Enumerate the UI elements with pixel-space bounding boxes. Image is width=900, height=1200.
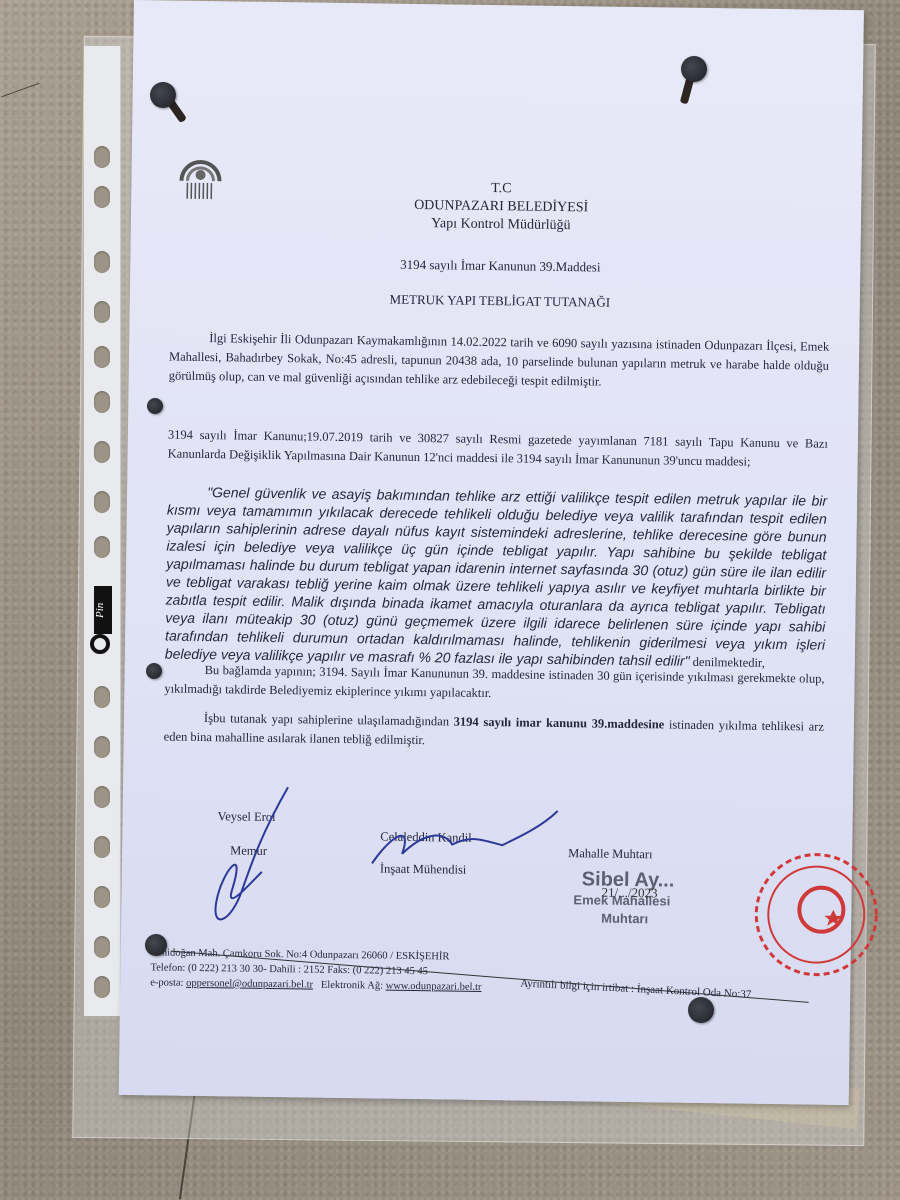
punch-hole <box>94 536 110 558</box>
paragraph-1: İlgi Eskişehir İli Odunpazarı Kaymakamlı… <box>169 329 830 395</box>
stamp-title: Muhtarı <box>601 911 648 927</box>
signature-2-scribble <box>362 803 563 876</box>
wall-crack <box>2 83 40 98</box>
nail-icon <box>145 934 167 956</box>
nail-icon <box>681 56 707 82</box>
brand-ring-icon <box>90 634 110 654</box>
punch-hole <box>94 391 110 413</box>
law-reference: 3194 sayılı İmar Kanunun 39.Maddesi <box>170 254 830 279</box>
law-quote: "Genel güvenlik ve asayiş bakımından teh… <box>165 483 827 673</box>
p4-bold: 3194 sayılı imar kanunu 39.maddesine <box>454 715 665 732</box>
signature-1-scribble <box>191 781 303 933</box>
punch-hole <box>94 886 110 908</box>
stamp-date: 21/.../2023 <box>601 885 657 902</box>
email-link[interactable]: oppersonel@odunpazari.bel.tr <box>186 978 313 991</box>
paragraph-4: İşbu tutanak yapı sahiplerine ulaşılamad… <box>164 708 824 755</box>
punch-hole <box>94 976 110 998</box>
notice-content: T.C ODUNPAZARI BELEDİYESİ Yapı Kontrol M… <box>174 1 834 10</box>
quote-text: "Genel güvenlik ve asayiş bakımından teh… <box>165 484 827 669</box>
paragraph-2: 3194 sayılı İmar Kanunu;19.07.2019 tarih… <box>168 426 828 473</box>
punch-hole <box>94 736 110 758</box>
nail-icon <box>688 997 714 1023</box>
website-link[interactable]: www.odunpazari.bel.tr <box>386 981 482 993</box>
punch-hole <box>94 186 110 208</box>
punch-hole <box>94 251 110 273</box>
brand-text: Pin <box>94 586 112 634</box>
punch-hole <box>94 346 110 368</box>
notice-paper: T.C ODUNPAZARI BELEDİYESİ Yapı Kontrol M… <box>119 0 864 1105</box>
footer-contacts: e-posta: oppersonel@odunpazari.bel.tr El… <box>150 975 481 995</box>
nail-icon <box>150 82 176 108</box>
punch-hole <box>94 936 110 958</box>
nail-icon <box>147 398 163 414</box>
punch-hole <box>94 836 110 858</box>
web-label: Elektronik Ağ: <box>321 980 386 992</box>
nail-icon <box>146 663 162 679</box>
punch-hole <box>94 686 110 708</box>
footer-contact-info: Ayrıntılı bilgi için irtibat : İnşaat Ko… <box>520 976 752 1002</box>
punch-hole <box>94 786 110 808</box>
paragraph-3: Bu bağlamda yapının; 3194. Sayılı İmar K… <box>164 660 824 707</box>
official-stamp <box>740 849 892 981</box>
punch-hole <box>94 491 110 513</box>
sleeve-brand-logo: Pin <box>90 586 112 666</box>
p4-text: İşbu tutanak yapı sahiplerine ulaşılamad… <box>204 711 454 728</box>
email-label: e-posta: <box>150 977 186 988</box>
signature-3-title: Mahalle Muhtarı <box>568 846 653 862</box>
punch-hole <box>94 441 110 463</box>
sleeve-punch-strip: Pin <box>84 46 121 1016</box>
punch-hole <box>94 146 110 168</box>
punch-hole <box>94 301 110 323</box>
document-title: METRUK YAPI TEBLİGAT TUTANAĞI <box>170 289 830 314</box>
